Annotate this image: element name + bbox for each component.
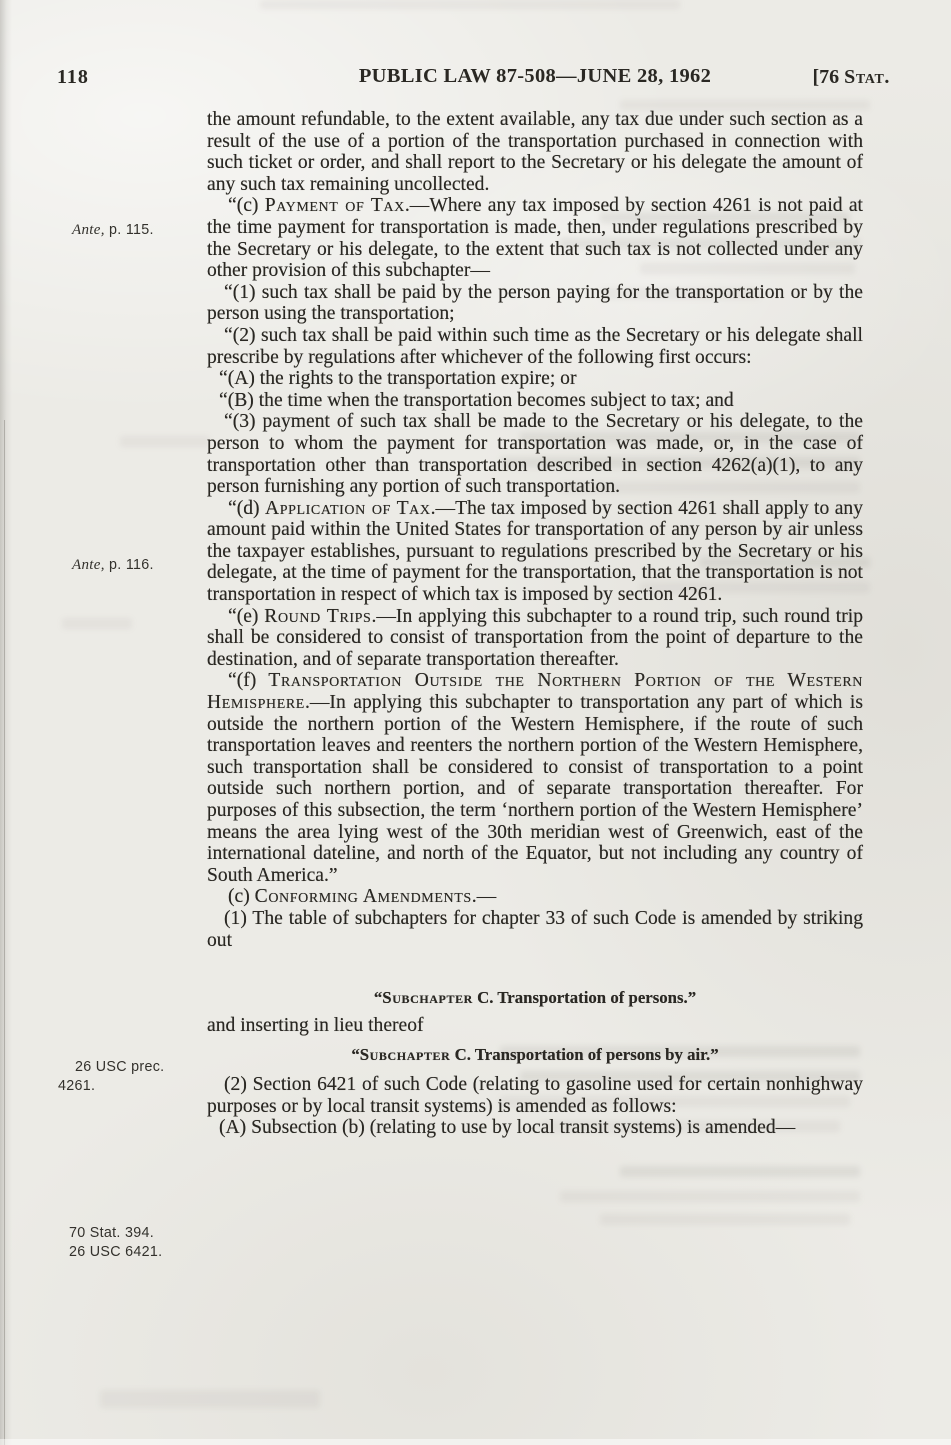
clause-1: “(1) such tax shall be paid by the perso… — [207, 282, 863, 325]
ante-label: Ante, — [72, 557, 105, 573]
subsection-heading: Round Trips — [264, 606, 371, 627]
amendment-2: (2) Section 6421 of such Code (relating … — [207, 1074, 863, 1117]
subsection-f-western-hemisphere: “(f) Transportation Outside the Northern… — [207, 670, 863, 886]
subsection-prefix: “(e) — [228, 606, 264, 627]
page-number: 118 — [57, 66, 89, 89]
subsection-heading: Conforming Amendments — [255, 886, 472, 907]
amendment-1: (1) The table of subchapters for chapter… — [207, 908, 863, 951]
amendment-2a: (A) Subsection (b) (relating to use by l… — [207, 1117, 863, 1139]
quote-mark: “ — [351, 1045, 359, 1064]
statute-page-scan: 118 PUBLIC LAW 87-508—JUNE 28, 1962 [76 … — [0, 0, 951, 1445]
header-law-title: PUBLIC LAW 87-508—JUNE 28, 1962 — [207, 65, 863, 88]
ante-page-ref: p. 115. — [105, 222, 154, 238]
clause-3: “(3) payment of such tax shall be made t… — [207, 411, 863, 497]
subsection-heading: Application of Tax — [265, 498, 431, 519]
paragraph-text: .— — [472, 886, 497, 907]
subsection-c-conforming-amendments: (c) Conforming Amendments.— — [207, 886, 863, 908]
paragraph-continuation: the amount refundable, to the extent ava… — [207, 109, 863, 195]
paragraph-text: “(2) such tax shall be paid within such … — [207, 325, 863, 368]
bleed-through-smudge — [100, 1390, 320, 1408]
stat-volume: [76 — [812, 66, 844, 88]
subchapter-heading-old: “Subchapter C. Transportation of persons… — [207, 987, 863, 1009]
paragraph-text: (A) Subsection (b) (relating to use by l… — [219, 1117, 795, 1138]
inserting-clause: and inserting in lieu thereof — [207, 1015, 863, 1037]
clause-2: “(2) such tax shall be paid within such … — [207, 325, 863, 368]
paragraph-text: “(A) the rights to the transportation ex… — [219, 368, 576, 389]
subsection-prefix: (c) — [228, 886, 255, 907]
bleed-through-smudge — [560, 1191, 860, 1202]
binding-shadow — [0, 0, 12, 1445]
subchapter-word: Subchapter — [360, 1045, 451, 1064]
margin-note-ante-115: Ante, p. 115. — [72, 221, 154, 240]
statute-text-column: the amount refundable, to the extent ava… — [207, 109, 863, 1139]
margin-note-usc-6421: 70 Stat. 394.26 USC 6421. — [69, 1224, 162, 1262]
paragraph-text: the amount refundable, to the extent ava… — [207, 109, 863, 195]
margin-note-ante-116: Ante, p. 116. — [72, 556, 154, 575]
bleed-through-smudge — [120, 436, 210, 447]
margin-note-usc-4261: 26 USC prec.4261. — [58, 1058, 164, 1096]
header-stat-citation: [76 Stat. — [812, 66, 890, 89]
subchapter-heading-new: “Subchapter C. Transportation of persons… — [207, 1044, 863, 1066]
ante-label: Ante, — [72, 222, 105, 238]
subchapter-title: C. Transportation of persons.” — [473, 988, 696, 1007]
subsection-prefix: “(d) — [228, 498, 265, 519]
subchapter-title: C. Transportation of persons by air.” — [450, 1045, 718, 1064]
bleed-through-smudge — [600, 1214, 850, 1225]
paragraph-text: (2) Section 6421 of such Code (relating … — [207, 1074, 863, 1117]
stat-word: Stat. — [844, 66, 890, 88]
usc-citation-line: 4261. — [58, 1077, 164, 1096]
subsection-d-application-of-tax: “(d) Application of Tax.—The tax imposed… — [207, 498, 863, 606]
subsection-c-payment-of-tax: “(c) Payment of Tax.—Where any tax impos… — [207, 195, 863, 281]
subsection-heading: Payment of Tax — [265, 195, 405, 216]
subclause-a: “(A) the rights to the transportation ex… — [207, 368, 863, 390]
bleed-through-smudge — [62, 618, 132, 629]
bleed-through-smudge — [620, 1166, 860, 1177]
usc-citation-line: 26 USC 6421. — [69, 1243, 162, 1262]
ante-page-ref: p. 116. — [105, 557, 154, 573]
bleed-through-smudge — [260, 0, 680, 9]
paragraph-text: “(1) such tax shall be paid by the perso… — [207, 282, 863, 325]
paragraph-text: “(3) payment of such tax shall be made t… — [207, 411, 863, 497]
paragraph-text: and inserting in lieu thereof — [207, 1015, 424, 1036]
paragraph-text: (1) The table of subchapters for chapter… — [207, 908, 863, 951]
scan-bottom-edge — [0, 1439, 951, 1445]
subsection-e-round-trips: “(e) Round Trips.—In applying this subch… — [207, 606, 863, 671]
paragraph-text: .—In applying this subchapter to transpo… — [207, 692, 863, 886]
scan-crease-line — [4, 420, 5, 1445]
paragraph-text: “(B) the time when the transportation be… — [219, 390, 734, 411]
stat-citation-line: 70 Stat. 394. — [69, 1224, 162, 1243]
subsection-prefix: “(c) — [228, 195, 265, 216]
subsection-prefix: “(f) — [228, 670, 268, 691]
subclause-b: “(B) the time when the transportation be… — [207, 390, 863, 412]
subchapter-word: Subchapter — [382, 988, 473, 1007]
quote-mark: “ — [374, 988, 382, 1007]
usc-citation-line: 26 USC prec. — [58, 1058, 164, 1077]
